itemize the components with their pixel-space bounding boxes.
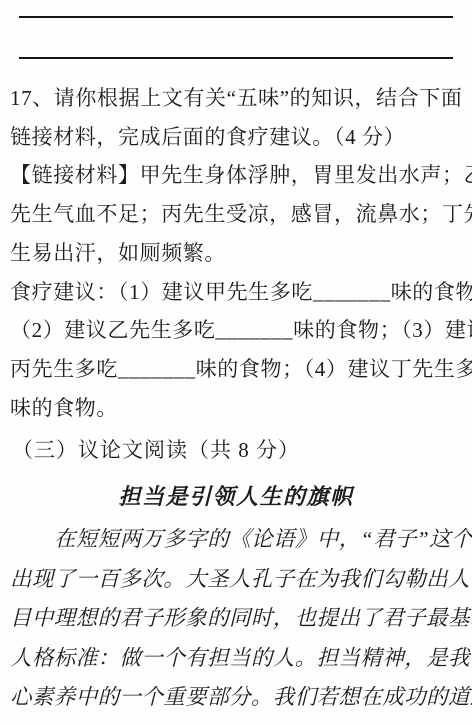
- essay-body: 在短短两万多字的《论语》中，“君子”这个词竟 出现了一百多次。大圣人孔子在为我们…: [10, 520, 466, 718]
- essay-body-line-2: 出现了一百多次。大圣人孔子在为我们勾勒出人们心: [10, 560, 466, 600]
- diet-advice-line-4: 味的食物。: [10, 389, 466, 428]
- question-17-line-2: 链接材料，完成后面的食疗建议。（4 分）: [10, 118, 466, 157]
- essay-body-line-3: 目中理想的君子形象的同时，也提出了君子最基本的: [10, 599, 466, 639]
- linked-material-line-1: 【链接材料】甲先生身体浮肿，胃里发出水声；乙: [10, 156, 466, 195]
- answer-blank-line-1: [19, 16, 453, 18]
- essay-body-line-4: 人格标准：做一个有担当的人。担当精神，是我们核: [10, 639, 466, 679]
- document-page: 17、请你根据上文有关“五味”的知识，结合下面 链接材料，完成后面的食疗建议。（…: [0, 0, 472, 725]
- essay-body-line-5: 心素养中的一个重要部分。我们若想在成功的道路上: [10, 678, 466, 718]
- question-17-line-1: 17、请你根据上文有关“五味”的知识，结合下面: [10, 79, 466, 118]
- diet-advice-line-1: 食疗建议：（1）建议甲先生多吃_______味的食物；: [10, 273, 466, 312]
- answer-blank-line-2: [19, 57, 453, 59]
- section-3-heading: （三）议论文阅读（共 8 分）: [12, 431, 466, 470]
- linked-material-line-2: 先生气血不足；丙先生受凉，感冒，流鼻水；丁先: [10, 195, 466, 234]
- question-17-block: 17、请你根据上文有关“五味”的知识，结合下面 链接材料，完成后面的食疗建议。（…: [10, 79, 466, 427]
- diet-advice-line-3: 丙先生多吃_______味的食物；（4）建议丁先生多吃: [10, 350, 466, 389]
- essay-body-line-1: 在短短两万多字的《论语》中，“君子”这个词竟: [10, 520, 466, 560]
- linked-material-line-3: 生易出汗，如厕频繁。: [10, 234, 466, 273]
- diet-advice-line-2: （2）建议乙先生多吃_______味的食物；（3）建议: [10, 311, 466, 350]
- essay-title: 担当是引领人生的旗帜: [0, 480, 472, 514]
